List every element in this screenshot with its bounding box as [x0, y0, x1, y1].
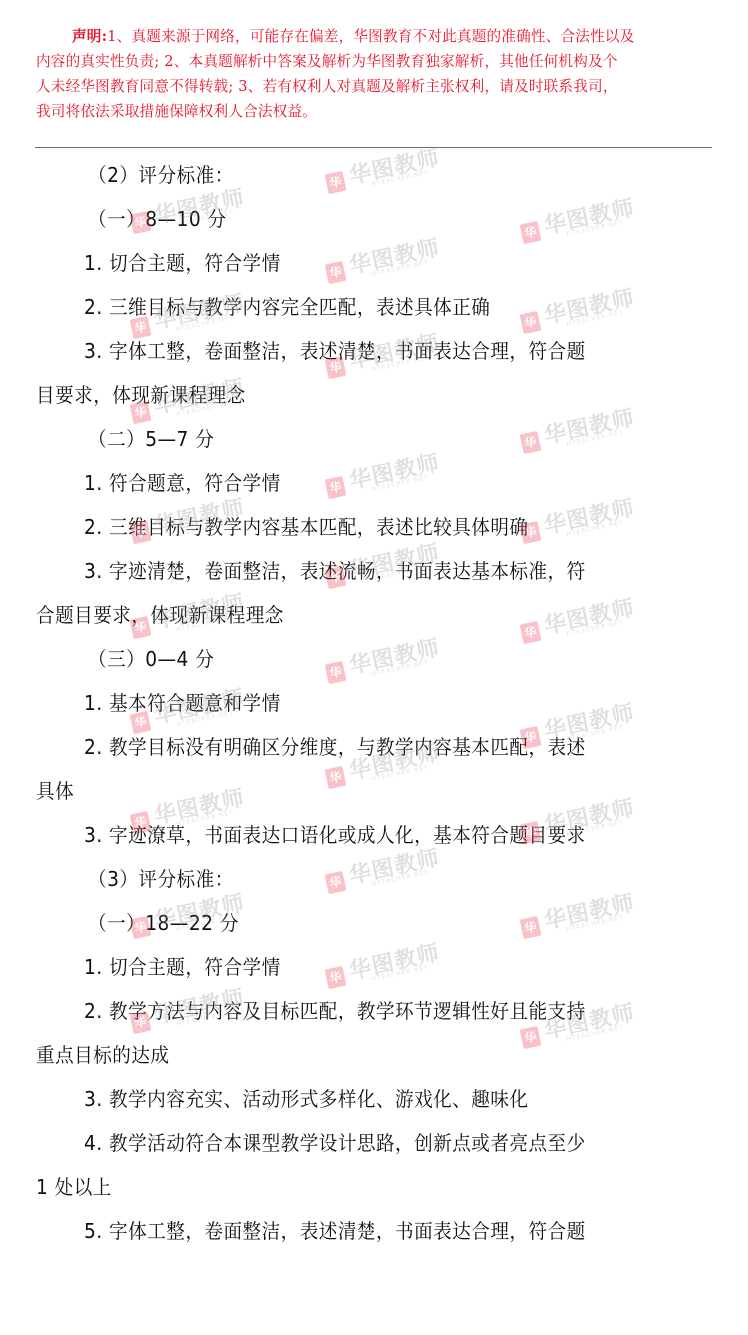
watermark-logo-icon: 华 — [325, 476, 347, 499]
criterion-item: 4. 教学活动符合本课型教学设计思路，创新点或者亮点至少 — [84, 1130, 586, 1156]
criterion-item: 1. 切合主题，符合学情 — [84, 954, 281, 980]
watermark-logo: 华华图教师HTEACHER.NET — [517, 488, 643, 552]
score-band-heading: （二）5—7 分 — [88, 426, 214, 452]
criterion-item-continuation: 具体 — [36, 778, 74, 804]
watermark-logo-icon: 华 — [520, 621, 542, 644]
watermark-logo-icon: 华 — [520, 311, 542, 334]
criterion-item: 3. 字体工整，卷面整洁，表述清楚，书面表达合理，符合题 — [84, 338, 586, 364]
disclaimer-line-2: 内容的真实性负责; 2、本真题解析中答案及解析为华图教育独家解析，其他任何机构及… — [36, 49, 716, 74]
watermark-logo-icon: 华 — [520, 1026, 542, 1049]
watermark-logo: 华华图教师HTEACHER.NET — [322, 228, 448, 292]
watermark-logo: 华华图教师HTEACHER.NET — [517, 278, 643, 342]
score-band-heading: （一）18—22 分 — [88, 910, 239, 936]
disclaimer-label: 声明: — [72, 28, 107, 45]
watermark-logo: 华华图教师HTEACHER.NET — [517, 188, 643, 252]
watermark-logo-icon: 华 — [325, 171, 347, 194]
criterion-item: 2. 三维目标与教学内容基本匹配，表述比较具体明确 — [84, 514, 528, 540]
score-band-heading: （一）8—10 分 — [88, 206, 227, 232]
disclaimer-line-1: 声明:1、真题来源于网络，可能存在偏差，华图教育不对此真题的准确性、合法性以及 — [36, 24, 716, 49]
header-divider — [35, 147, 712, 148]
watermark-logo-icon: 华 — [325, 661, 347, 684]
criterion-item-continuation: 1 处以上 — [36, 1174, 112, 1200]
watermark-logo: 华华图教师HTEACHER.NET — [517, 883, 643, 947]
criterion-item-continuation: 合题目要求，体现新课程理念 — [36, 602, 284, 628]
criterion-item: 3. 字迹清楚，卷面整洁，表述流畅，书面表达基本标准，符 — [84, 558, 586, 584]
criterion-item: 1. 基本符合题意和学情 — [84, 690, 281, 716]
watermark-logo-icon: 华 — [520, 916, 542, 939]
section-heading: （2）评分标准： — [88, 162, 234, 188]
watermark-logo: 华华图教师HTEACHER.NET — [322, 933, 448, 997]
watermark-logo-icon: 华 — [520, 431, 542, 454]
watermark-logo-icon: 华 — [325, 261, 347, 284]
watermark-logo-icon: 华 — [325, 871, 347, 894]
criterion-item-continuation: 重点目标的达成 — [36, 1042, 169, 1068]
score-band-heading: （三）0—4 分 — [88, 646, 214, 672]
watermark-logo-icon: 华 — [325, 966, 347, 989]
disclaimer-block: 声明:1、真题来源于网络，可能存在偏差，华图教育不对此真题的准确性、合法性以及 … — [36, 24, 716, 124]
criterion-item: 5. 字体工整，卷面整洁，表述清楚，书面表达合理，符合题 — [84, 1218, 586, 1244]
criterion-item: 1. 切合主题，符合学情 — [84, 250, 281, 276]
watermark-logo-icon: 华 — [325, 766, 347, 789]
disclaimer-text-1: 1、真题来源于网络，可能存在偏差，华图教育不对此真题的准确性、合法性以及 — [107, 28, 634, 45]
criterion-item: 2. 三维目标与教学内容完全匹配，表述具体正确 — [84, 294, 490, 320]
watermark-logo: 华华图教师HTEACHER.NET — [322, 628, 448, 692]
watermark-logo-icon: 华 — [520, 221, 542, 244]
watermark-logo: 华华图教师HTEACHER.NET — [322, 443, 448, 507]
criterion-item: 3. 字迹潦草，书面表达口语化或成人化，基本符合题目要求 — [84, 822, 586, 848]
section-heading: （3）评分标准： — [88, 866, 234, 892]
watermark-logo: 华华图教师HTEACHER.NET — [517, 588, 643, 652]
criterion-item: 1. 符合题意，符合学情 — [84, 470, 281, 496]
criterion-item: 3. 教学内容充实、活动形式多样化、游戏化、趣味化 — [84, 1086, 528, 1112]
criterion-item: 2. 教学方法与内容及目标匹配，教学环节逻辑性好且能支持 — [84, 998, 586, 1024]
criterion-item: 2. 教学目标没有明确区分维度，与教学内容基本匹配，表述 — [84, 734, 586, 760]
disclaimer-line-4: 我司将依法采取措施保障权利人合法权益。 — [36, 99, 716, 124]
criterion-item-continuation: 目要求，体现新课程理念 — [36, 382, 246, 408]
disclaimer-line-3: 人未经华图教育同意不得转载; 3、若有权利人对真题及解析主张权利，请及时联系我司… — [36, 74, 716, 99]
watermark-logo: 华华图教师HTEACHER.NET — [517, 398, 643, 462]
